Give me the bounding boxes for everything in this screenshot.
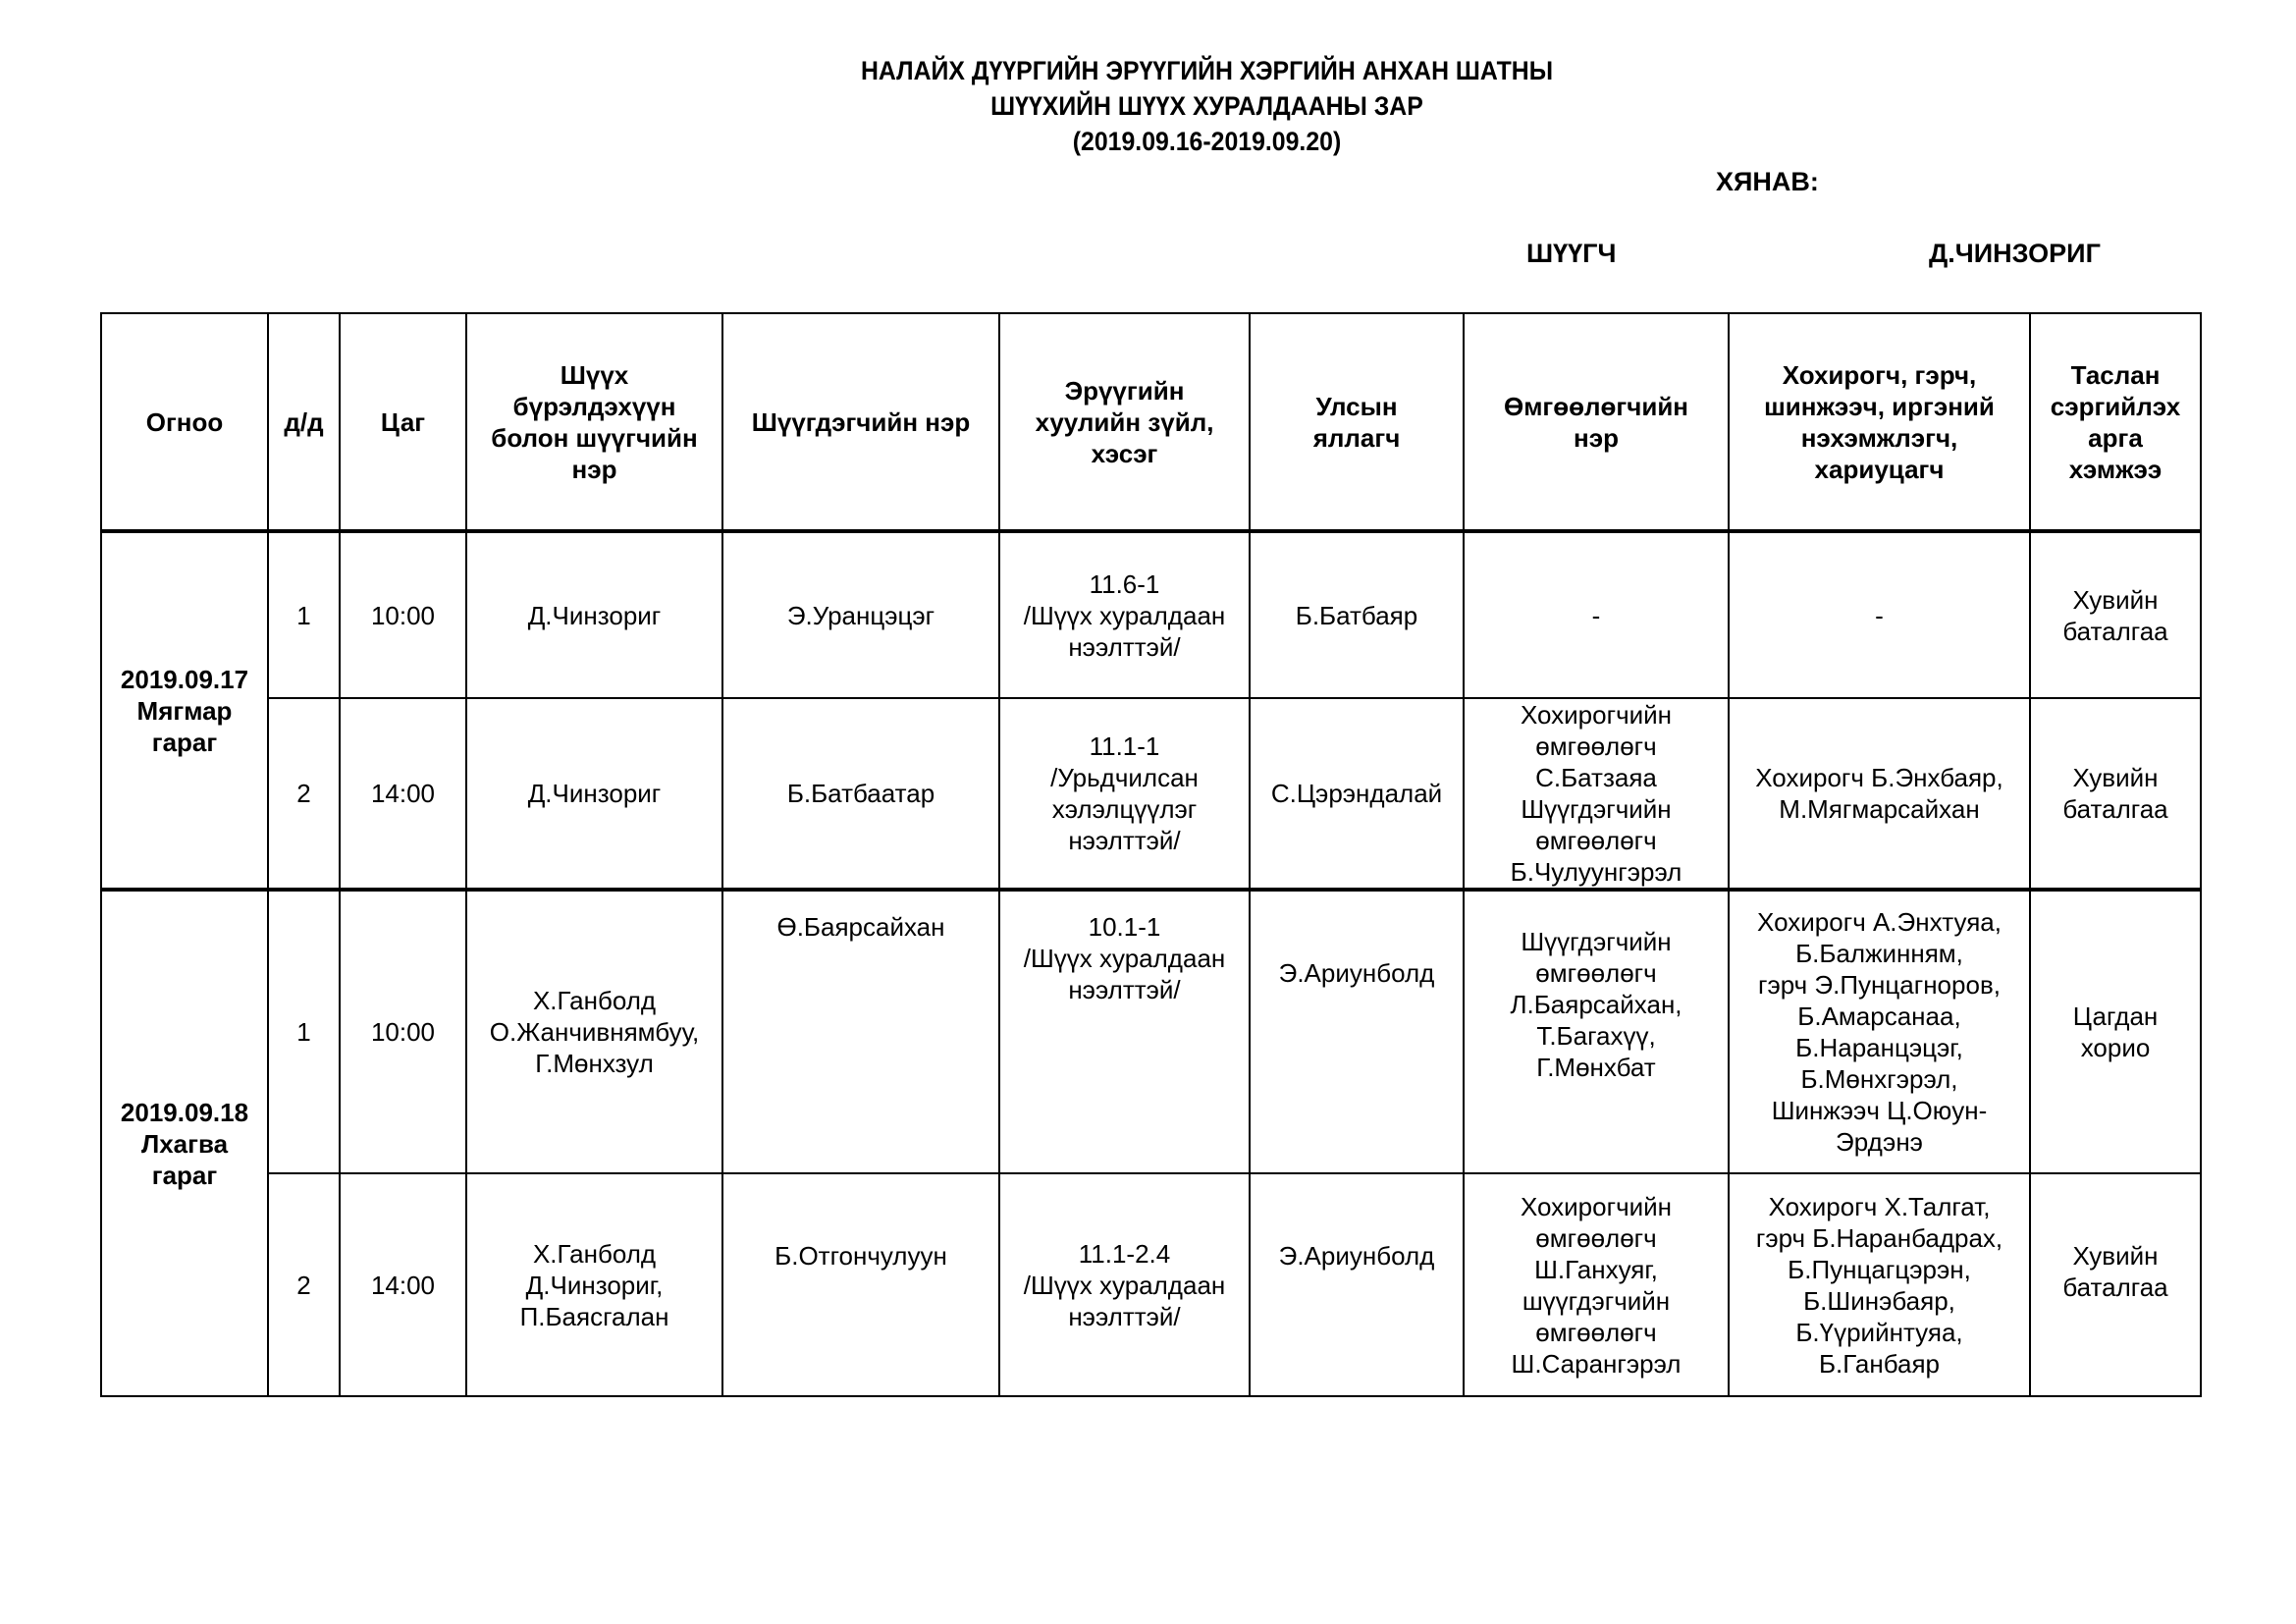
document-period: (2019.09.16-2019.09.20) <box>151 126 2264 158</box>
col-header-lawyer: Өмгөөлөгчийн нэр <box>1464 313 1729 531</box>
row-defendant: Б.Отгончулуун <box>722 1173 999 1396</box>
row-number: 1 <box>268 890 340 1173</box>
row-number: 2 <box>268 1173 340 1396</box>
row-defendant: Б.Батбаатар <box>722 698 999 890</box>
row-lawyer: Шүүгдэгчийн өмгөөлөгч Л.Баярсайхан, Т.Ба… <box>1464 890 1729 1173</box>
table-row: 2019.09.18 Лхагва гараг 1 10:00 Х.Ганбол… <box>101 890 2201 1173</box>
hearing-schedule-table: Огноо д/д Цаг Шүүх бүрэлдэхүүн болон шүү… <box>100 312 2202 1397</box>
row-defendant: Э.Уранцэцэг <box>722 531 999 698</box>
col-header-date: Огноо <box>101 313 268 531</box>
row-article: 11.1-2.4 /Шүүх хуралдаан нээлттэй/ <box>999 1173 1250 1396</box>
row-article: 11.1-1 /Урьдчилсан хэлэлцүүлэг нээлттэй/ <box>999 698 1250 890</box>
col-header-defendant: Шүүгдэгчийн нэр <box>722 313 999 531</box>
date-cell: 2019.09.17 Мягмар гараг <box>101 531 268 890</box>
row-lawyer: - <box>1464 531 1729 698</box>
col-header-number: д/д <box>268 313 340 531</box>
table-row: 2 14:00 Д.Чинзориг Б.Батбаатар 11.1-1 /У… <box>101 698 2201 890</box>
col-header-court: Шүүх бүрэлдэхүүн болон шүүгчийн нэр <box>466 313 722 531</box>
row-number: 1 <box>268 531 340 698</box>
row-time: 10:00 <box>340 890 466 1173</box>
row-article: 11.6-1 /Шүүх хуралдаан нээлттэй/ <box>999 531 1250 698</box>
row-time: 14:00 <box>340 698 466 890</box>
row-measure: Цагдан хорио <box>2030 890 2201 1173</box>
row-court: Д.Чинзориг <box>466 698 722 890</box>
row-prosecutor: Б.Батбаяр <box>1250 531 1464 698</box>
row-prosecutor: Э.Ариунболд <box>1250 1173 1464 1396</box>
col-header-measure: Таслан сэргийлэх арга хэмжээ <box>2030 313 2201 531</box>
row-parties: Хохирогч Х.Талгат, гэрч Б.Наранбадрах, Б… <box>1729 1173 2030 1396</box>
row-prosecutor: Э.Ариунболд <box>1250 890 1464 1173</box>
row-court: Х.Ганболд Д.Чинзориг, П.Баясгалан <box>466 1173 722 1396</box>
judge-name: Д.ЧИНЗОРИГ <box>1929 239 2101 269</box>
row-lawyer: Хохирогчийн өмгөөлөгч С.Батзаяа Шүүгдэгч… <box>1464 698 1729 890</box>
row-time: 10:00 <box>340 531 466 698</box>
table-row: 2 14:00 Х.Ганболд Д.Чинзориг, П.Баясгала… <box>101 1173 2201 1396</box>
judge-label: ШҮҮГЧ <box>1526 239 1616 269</box>
row-parties: Хохирогч А.Энхтуяа, Б.Балжинням, гэрч Э.… <box>1729 890 2030 1173</box>
row-time: 14:00 <box>340 1173 466 1396</box>
row-article: 10.1-1 /Шүүх хуралдаан нээлттэй/ <box>999 890 1250 1173</box>
approved-label: ХЯНАВ: <box>1716 167 1819 197</box>
date-cell: 2019.09.18 Лхагва гараг <box>101 890 268 1396</box>
col-header-time: Цаг <box>340 313 466 531</box>
row-number: 2 <box>268 698 340 890</box>
table-header-row: Огноо д/д Цаг Шүүх бүрэлдэхүүн болон шүү… <box>101 313 2201 531</box>
row-court: Х.Ганболд О.Жанчивнямбуу, Г.Мөнхзул <box>466 890 722 1173</box>
col-header-prosecutor: Улсын яллагч <box>1250 313 1464 531</box>
row-measure: Хувийн баталгаа <box>2030 531 2201 698</box>
row-parties: Хохирогч Б.Энхбаяр, М.Мягмарсайхан <box>1729 698 2030 890</box>
row-court: Д.Чинзориг <box>466 531 722 698</box>
col-header-article: Эрүүгийн хуулийн зүйл, хэсэг <box>999 313 1250 531</box>
row-lawyer: Хохирогчийн өмгөөлөгч Ш.Ганхуяг, шүүгдэг… <box>1464 1173 1729 1396</box>
col-header-parties: Хохирогч, гэрч, шинжээч, иргэний нэхэмжл… <box>1729 313 2030 531</box>
row-defendant: Ө.Баярсайхан <box>722 890 999 1173</box>
row-measure: Хувийн баталгаа <box>2030 1173 2201 1396</box>
table-row: 2019.09.17 Мягмар гараг 1 10:00 Д.Чинзор… <box>101 531 2201 698</box>
document-title: НАЛАЙХ ДҮҮРГИЙН ЭРҮҮГИЙН ХЭРГИЙН АНХАН Ш… <box>151 55 2264 87</box>
row-parties: - <box>1729 531 2030 698</box>
row-prosecutor: С.Цэрэндалай <box>1250 698 1464 890</box>
document-subtitle: ШҮҮХИЙН ШҮҮХ ХУРАЛДААНЫ ЗАР <box>151 90 2264 123</box>
row-measure: Хувийн баталгаа <box>2030 698 2201 890</box>
